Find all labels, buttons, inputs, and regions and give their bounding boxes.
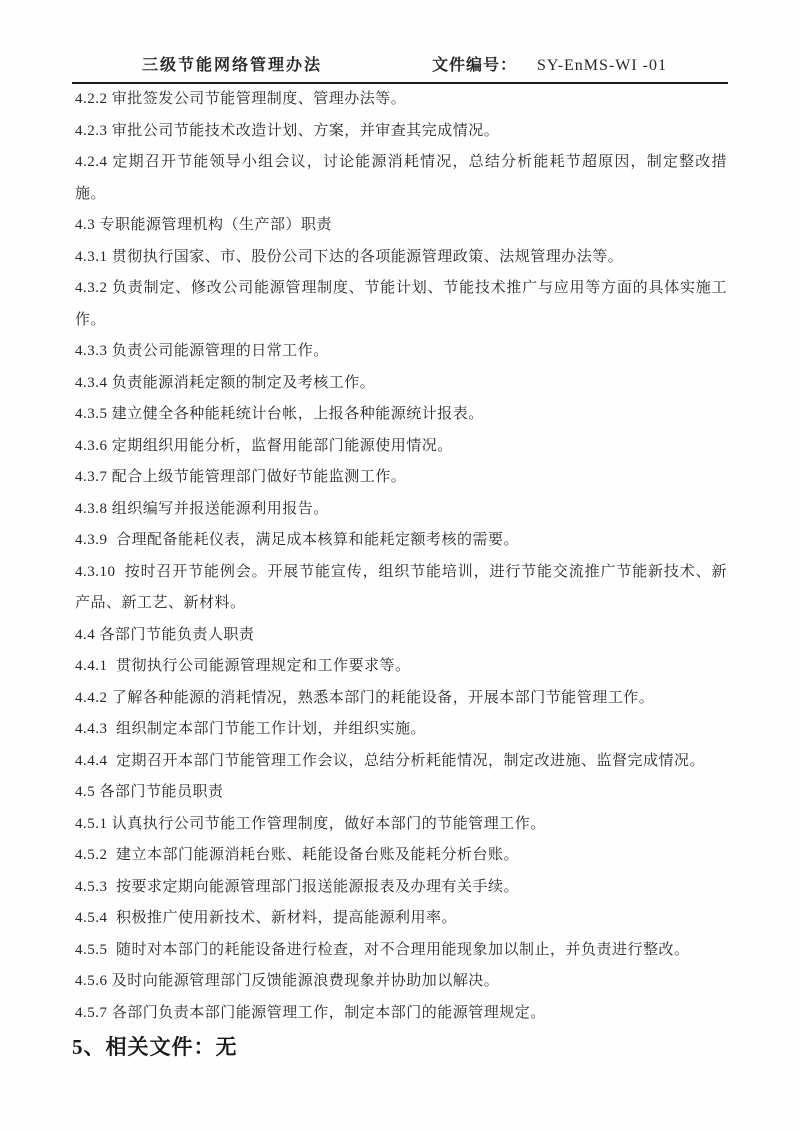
clause-paragraph: 4.3.7 配合上级节能管理部门做好节能监测工作。 xyxy=(75,462,727,494)
clause-paragraph: 4.2.2 审批签发公司节能管理制度、管理办法等。 xyxy=(75,84,727,116)
clause-paragraph: 4.3 专职能源管理机构（生产部）职责 xyxy=(75,210,727,242)
clause-paragraph: 4.3.9 合理配备能耗仪表，满足成本核算和能耗定额考核的需要。 xyxy=(75,525,727,557)
section-5-heading: 5、相关文件：无 xyxy=(0,1032,800,1062)
clause-paragraph: 4.5.6 及时向能源管理部门反馈能源浪费现象并协助加以解决。 xyxy=(75,966,727,998)
clause-paragraph: 4.5.4 积极推广使用新技术、新材料，提高能源利用率。 xyxy=(75,903,727,935)
clause-paragraph: 4.3.8 组织编写并报送能源利用报告。 xyxy=(75,494,727,526)
clause-paragraph: 4.3.10 按时召开节能例会。开展节能宣传，组织节能培训，进行节能交流推广节能… xyxy=(75,557,727,620)
document-header: 三级节能网络管理办法 文件编号： SY-EnMS-WI -01 xyxy=(72,0,728,84)
doc-number-label: 文件编号： xyxy=(432,57,517,74)
clause-paragraph: 4.4.3 组织制定本部门节能工作计划，并组织实施。 xyxy=(75,714,727,746)
clause-paragraph: 4.3.5 建立健全各种能耗统计台帐，上报各种能源统计报表。 xyxy=(75,399,727,431)
clause-paragraph: 4.2.4 定期召开节能领导小组会议，讨论能源消耗情况，总结分析能耗节超原因，制… xyxy=(75,147,727,210)
clause-paragraph: 4.3.6 定期组织用能分析，监督用能部门能源使用情况。 xyxy=(75,431,727,463)
clause-paragraph: 4.5.5 随时对本部门的耗能设备进行检查，对不合理用能现象加以制止，并负责进行… xyxy=(75,935,727,967)
clause-paragraph: 4.5 各部门节能员职责 xyxy=(75,777,727,809)
clause-paragraph: 4.4.2 了解各种能源的消耗情况，熟悉本部门的耗能设备，开展本部门节能管理工作… xyxy=(75,683,727,715)
clause-paragraph: 4.3.1 贯彻执行国家、市、股份公司下达的各项能源管理政策、法规管理办法等。 xyxy=(75,242,727,274)
clause-paragraph: 4.3.3 负责公司能源管理的日常工作。 xyxy=(75,336,727,368)
clause-paragraph: 4.2.3 审批公司节能技术改造计划、方案，并审查其完成情况。 xyxy=(75,116,727,148)
clause-paragraph: 4.5.1 认真执行公司节能工作管理制度，做好本部门的节能管理工作。 xyxy=(75,809,727,841)
doc-number-value: SY-EnMS-WI -01 xyxy=(537,57,667,74)
clause-paragraph: 4.5.2 建立本部门能源消耗台账、耗能设备台账及能耗分析台账。 xyxy=(75,840,727,872)
doc-number-group: 文件编号： SY-EnMS-WI -01 xyxy=(432,52,667,75)
clause-paragraph: 4.5.7 各部门负责本部门能源管理工作，制定本部门的能源管理规定。 xyxy=(75,998,727,1030)
clause-paragraph: 4.4 各部门节能负责人职责 xyxy=(75,620,727,652)
clause-paragraph: 4.4.1 贯彻执行公司能源管理规定和工作要求等。 xyxy=(75,651,727,683)
document-page: 三级节能网络管理办法 文件编号： SY-EnMS-WI -01 4.2.2 审批… xyxy=(0,0,800,1131)
clause-list: 4.2.2 审批签发公司节能管理制度、管理办法等。4.2.3 审批公司节能技术改… xyxy=(0,84,800,1029)
document-title: 三级节能网络管理办法 xyxy=(72,52,392,75)
clause-paragraph: 4.3.2 负责制定、修改公司能源管理制度、节能计划、节能技术推广与应用等方面的… xyxy=(75,273,727,336)
clause-paragraph: 4.4.4 定期召开本部门节能管理工作会议，总结分析耗能情况，制定改进施、监督完… xyxy=(75,746,727,778)
clause-paragraph: 4.3.4 负责能源消耗定额的制定及考核工作。 xyxy=(75,368,727,400)
clause-paragraph: 4.5.3 按要求定期向能源管理部门报送能源报表及办理有关手续。 xyxy=(75,872,727,904)
